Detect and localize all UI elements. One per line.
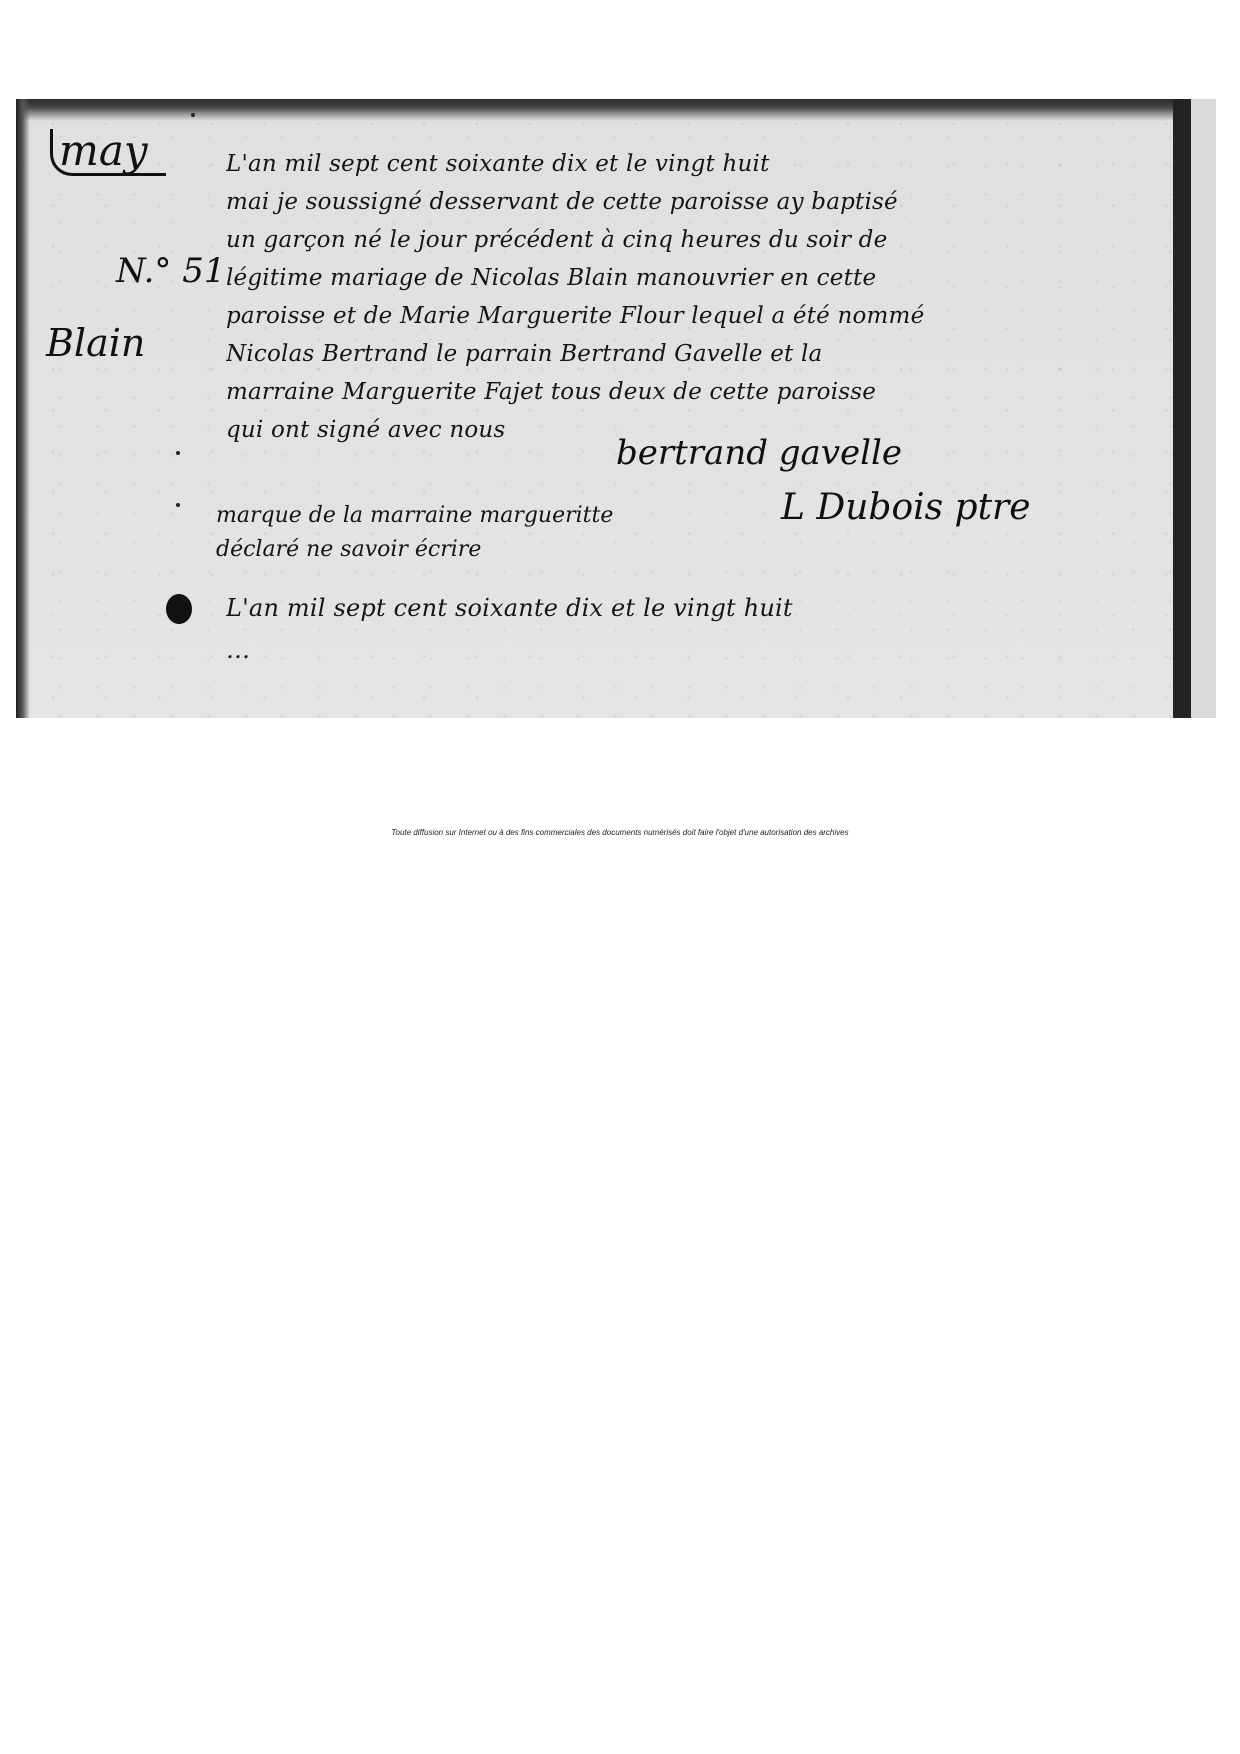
record-line: marraine Marguerite Fajet tous deux de c… (226, 373, 1176, 411)
record-line: L'an mil sept cent soixante dix et le vi… (226, 145, 1176, 183)
adjacent-page-strip (1191, 99, 1216, 718)
register-scan-image: may N.° 51 Blain L'an mil sept cent soix… (16, 99, 1216, 718)
godfather-signature: bertrand gavelle (616, 433, 902, 473)
ink-dot (176, 503, 180, 507)
record-line: mai je soussigné desservant de cette par… (226, 183, 1176, 221)
margin-surname: Blain (46, 321, 145, 365)
priest-signature: L Dubois ptre (781, 487, 1031, 528)
record-line: L'an mil sept cent soixante dix et le vi… (226, 587, 1176, 629)
record-line: Nicolas Bertrand le parrain Bertrand Gav… (226, 335, 1176, 373)
ink-blot (166, 594, 192, 624)
ink-dot (176, 451, 180, 455)
scan-left-edge (16, 99, 30, 718)
record-line: paroisse et de Marie Marguerite Flour le… (226, 297, 1176, 335)
scan-top-edge (16, 99, 1216, 121)
copyright-notice: Toute diffusion sur Internet ou à des fi… (0, 828, 1240, 837)
margin-month: may (50, 129, 166, 176)
declaration-text: déclaré ne savoir écrire (216, 537, 481, 562)
record-line: … (226, 629, 1176, 671)
next-record-text: L'an mil sept cent soixante dix et le vi… (226, 587, 1176, 671)
godmother-mark: marque de la marraine margueritte (216, 503, 613, 528)
record-line: un garçon né le jour précédent à cinq he… (226, 221, 1176, 259)
margin-record-number: N.° 51 (116, 251, 225, 291)
document-page: may N.° 51 Blain L'an mil sept cent soix… (0, 0, 1240, 1754)
ink-dot (191, 113, 195, 117)
record-line: légitime mariage de Nicolas Blain manouv… (226, 259, 1176, 297)
baptism-record-text: L'an mil sept cent soixante dix et le vi… (226, 145, 1176, 449)
